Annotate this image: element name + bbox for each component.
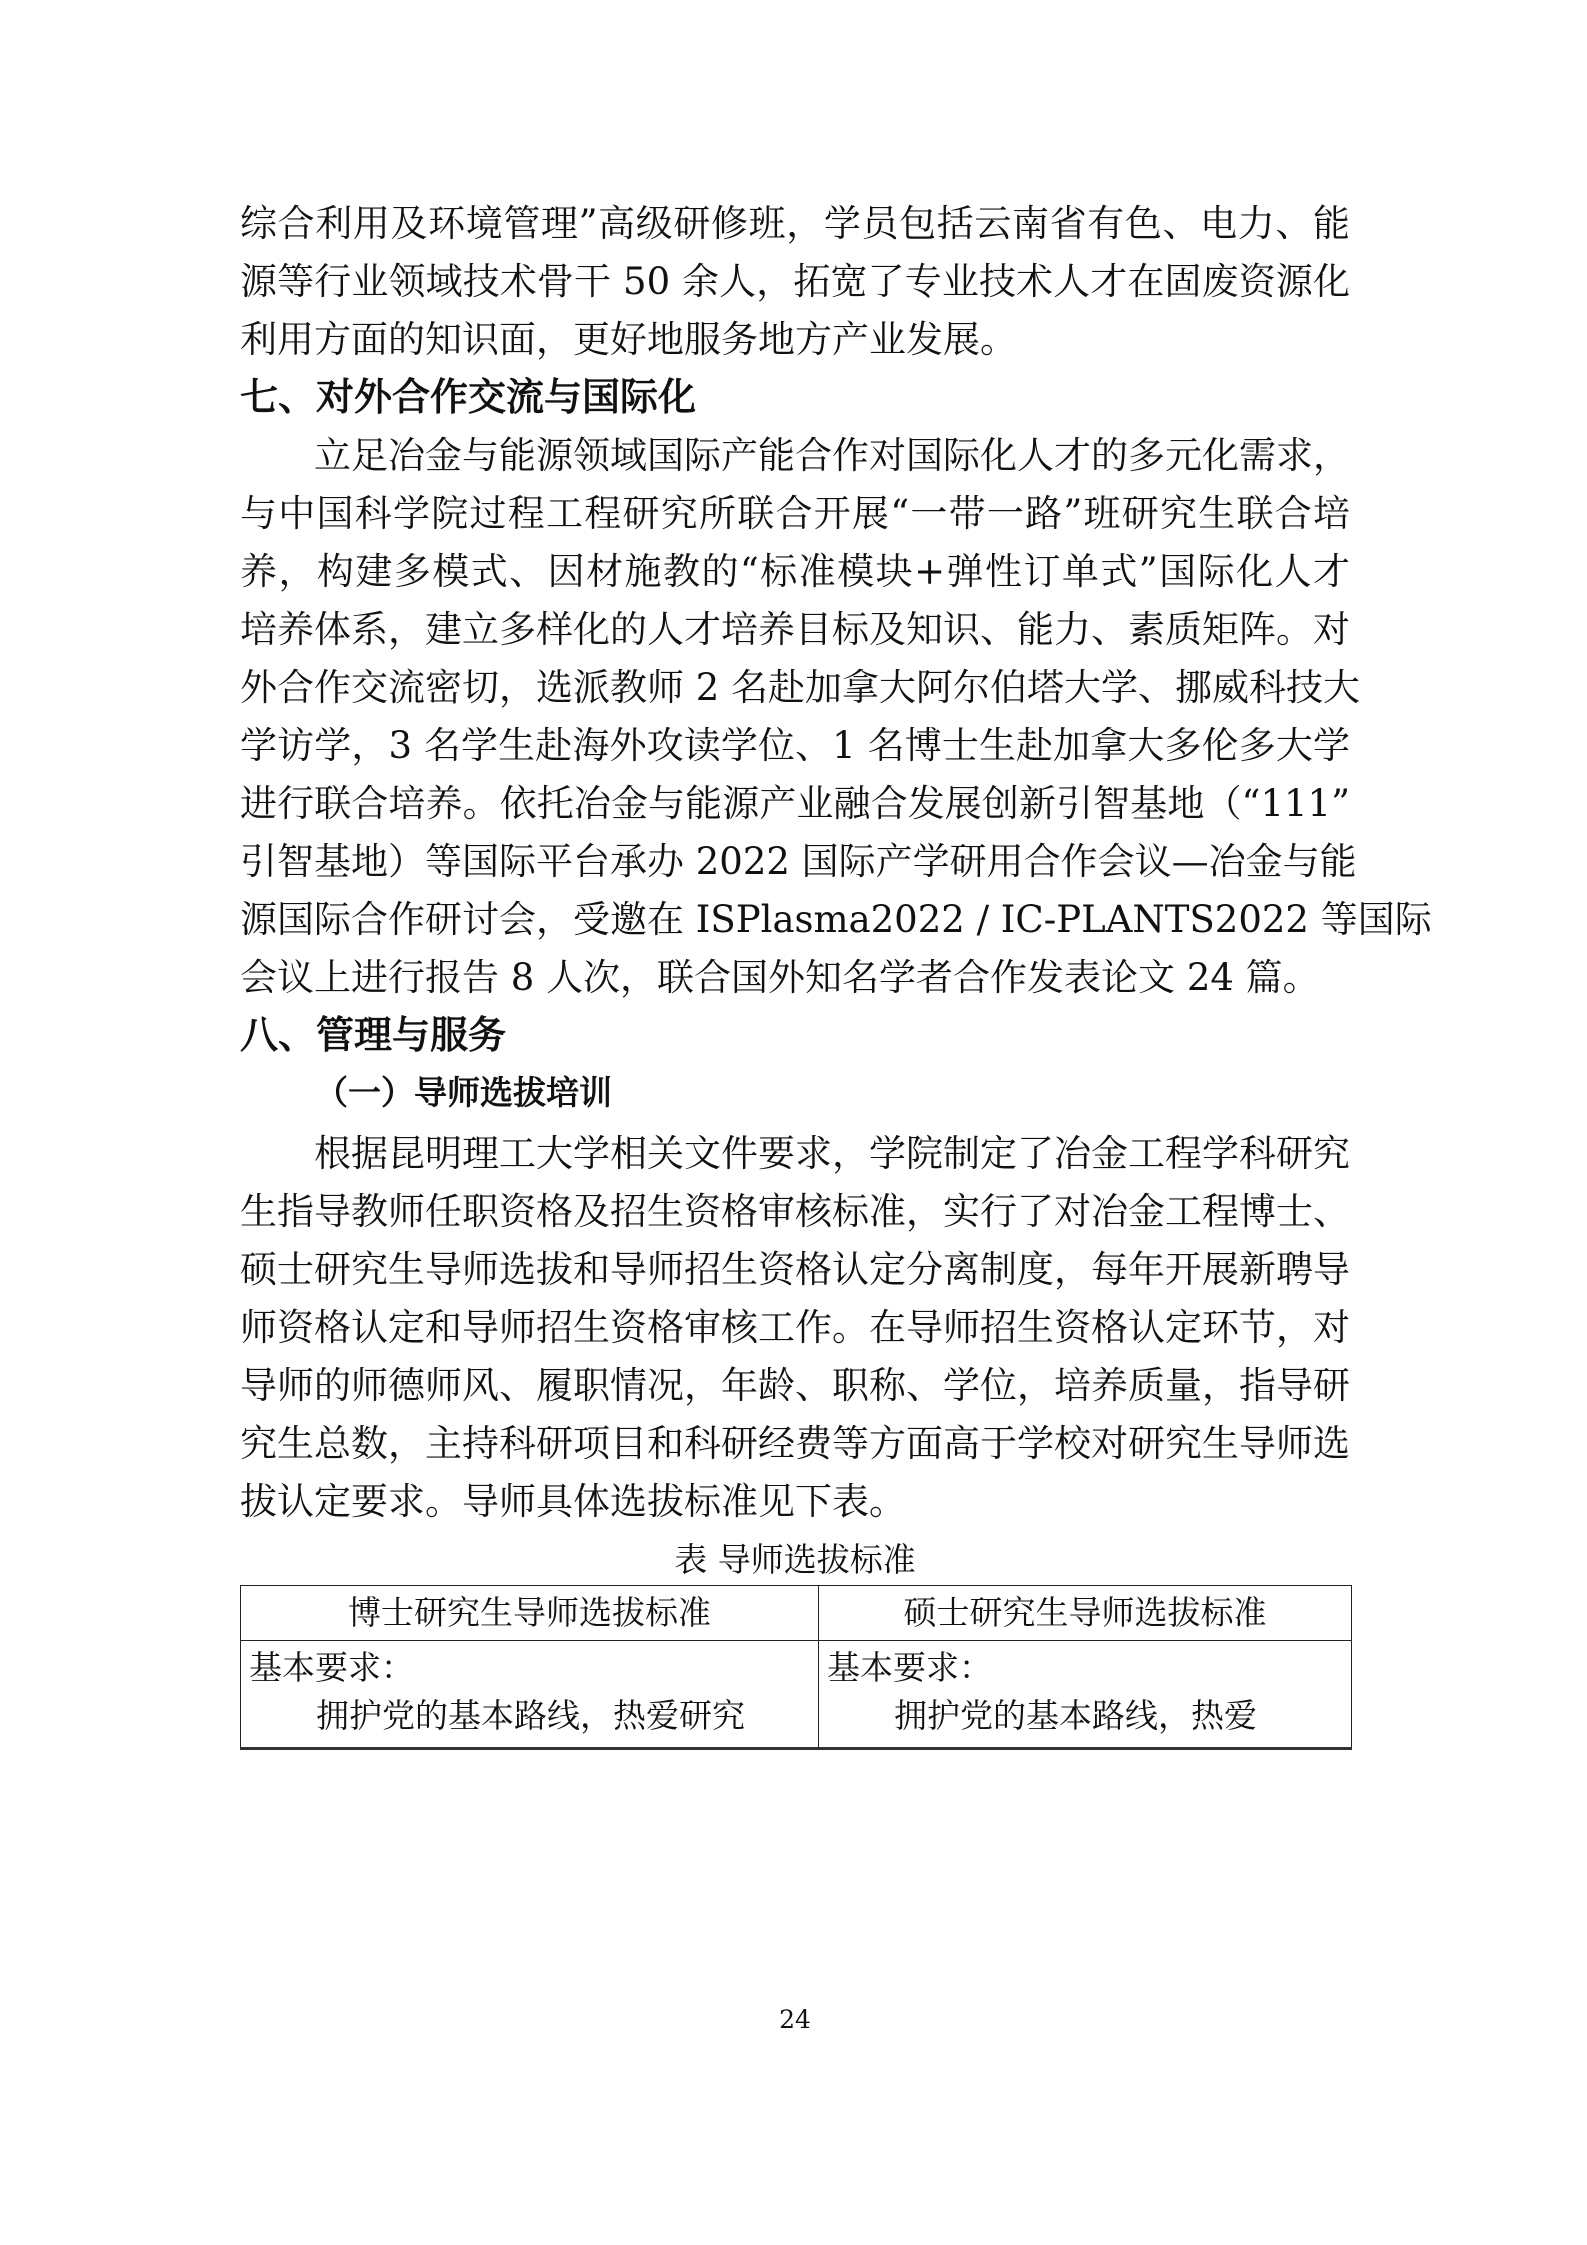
text-line: 源等行业领域技术骨干 50 余人，拓宽了专业技术人才在固废资源化 — [240, 258, 1350, 306]
text-line: 师资格认定和导师招生资格审核工作。在导师招生资格认定环节，对 — [240, 1304, 1350, 1352]
cell-text: 拥护党的基本路线，热爱研究 — [241, 1691, 818, 1741]
text-line: 利用方面的知识面，更好地服务地方产业发展。 — [240, 316, 1350, 364]
subsection-heading-supervisor-selection: （一）导师选拔培训 — [315, 1070, 612, 1116]
cell-label: 基本要求： — [241, 1641, 818, 1691]
text-line: 与中国科学院过程工程研究所联合开展“一带一路”班研究生联合培 — [240, 490, 1350, 538]
column-header-masters: 硕士研究生导师选拔标准 — [819, 1586, 1352, 1641]
cell-masters-requirements: 基本要求： 拥护党的基本路线，热爱 — [819, 1641, 1352, 1749]
section-heading-management-service: 八、管理与服务 — [240, 1010, 506, 1060]
text-line: 外合作交流密切，选派教师 2 名赴加拿大阿尔伯塔大学、挪威科技大 — [240, 664, 1350, 712]
text-line: 进行联合培养。依托冶金与能源产业融合发展创新引智基地（“111” — [240, 780, 1350, 828]
cell-doctoral-requirements: 基本要求： 拥护党的基本路线，热爱研究 — [241, 1641, 819, 1749]
page-number: 24 — [240, 2005, 1350, 2035]
section-heading-international-cooperation: 七、对外合作交流与国际化 — [240, 372, 696, 422]
table-row: 基本要求： 拥护党的基本路线，热爱研究 基本要求： 拥护党的基本路线，热爱 — [241, 1641, 1352, 1749]
text-line: 导师的师德师风、履职情况，年龄、职称、学位，培养质量，指导研 — [240, 1362, 1350, 1410]
column-header-doctoral: 博士研究生导师选拔标准 — [241, 1586, 819, 1641]
text-line: 立足冶金与能源领域国际产能合作对国际化人才的多元化需求， — [240, 432, 1350, 480]
text-line: 硕士研究生导师选拔和导师招生资格认定分离制度，每年开展新聘导 — [240, 1246, 1350, 1294]
text-line: 会议上进行报告 8 人次，联合国外知名学者合作发表论文 24 篇。 — [240, 954, 1350, 1002]
text-line: 培养体系，建立多样化的人才培养目标及知识、能力、素质矩阵。对 — [240, 606, 1350, 654]
supervisor-selection-table: 博士研究生导师选拔标准 硕士研究生导师选拔标准 基本要求： 拥护党的基本路线，热… — [240, 1585, 1352, 1750]
cell-text: 拥护党的基本路线，热爱 — [819, 1691, 1351, 1741]
text-line: 引智基地）等国际平台承办 2022 国际产学研用合作会议—冶金与能 — [240, 838, 1350, 886]
table-caption: 表 导师选拔标准 — [240, 1538, 1350, 1582]
text-line: 源国际合作研讨会，受邀在 ISPlasma2022 / IC-PLANTS202… — [240, 896, 1350, 944]
text-line: 养，构建多模式、因材施教的“标准模块+弹性订单式”国际化人才 — [240, 548, 1350, 596]
text-line: 学访学，3 名学生赴海外攻读学位、1 名博士生赴加拿大多伦多大学 — [240, 722, 1350, 770]
text-line: 拔认定要求。导师具体选拔标准见下表。 — [240, 1478, 1350, 1526]
text-line: 生指导教师任职资格及招生资格审核标准，实行了对冶金工程博士、 — [240, 1188, 1350, 1236]
text-line: 根据昆明理工大学相关文件要求，学院制定了冶金工程学科研究 — [240, 1130, 1350, 1178]
text-line: 综合利用及环境管理”高级研修班，学员包括云南省有色、电力、能 — [240, 200, 1350, 248]
table-header-row: 博士研究生导师选拔标准 硕士研究生导师选拔标准 — [241, 1586, 1352, 1641]
text-line: 究生总数，主持科研项目和科研经费等方面高于学校对研究生导师选 — [240, 1420, 1350, 1468]
cell-label: 基本要求： — [819, 1641, 1351, 1691]
